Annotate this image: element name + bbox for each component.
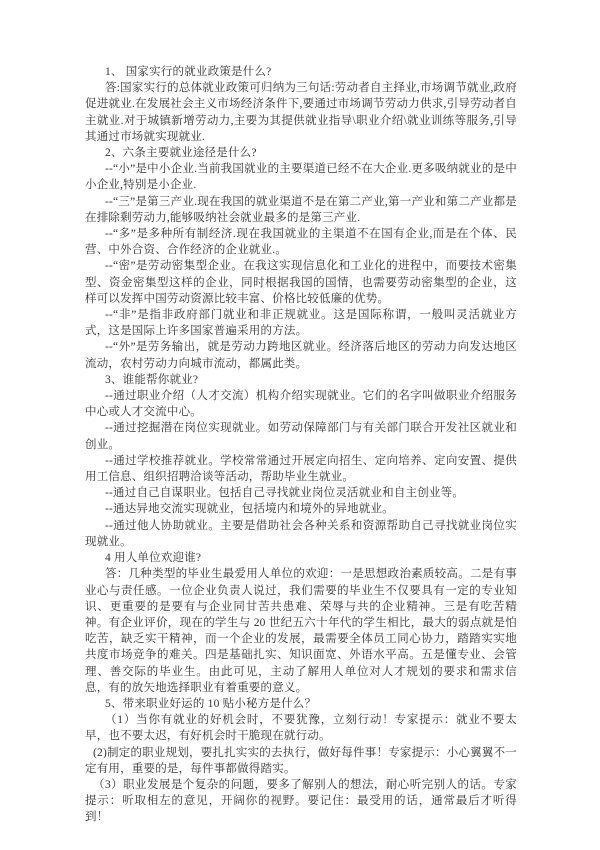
answer-2-item-duo: --“多”是多种所有制经济.现在我国就业的主渠道不在国有企业,而是在个体、民营、… — [85, 226, 517, 258]
answer-2-item-xiao: --“小”是中小企业.当前我国就业的主要渠道已经不在大企业.更多吸纳就业的是中小… — [85, 161, 517, 193]
answer-3-item-6: --通过他人协助就业。主要是借助社会各种关系和资源帮助自己寻找就业岗位实现就业。 — [85, 518, 517, 550]
question-1: 1、 国家实行的就业政策是什么? — [85, 64, 517, 80]
answer-2-item-mi: --“密”是劳动密集型企业。在我这实现信息化和工业化的进程中，而要技术密集型、资… — [85, 258, 517, 307]
answer-3-item-5: --通达异地交流实现就业，包括境内和境外的异地就业。 — [85, 501, 517, 517]
document-body: 1、 国家实行的就业政策是什么? 答:国家实行的总体就业政策可归纳为三句话:劳动… — [85, 64, 517, 826]
answer-3-item-2: --通过挖掘潜在岗位实现就业。如劳动保障部门与有关部门联合开发社区就业和创业。 — [85, 420, 517, 452]
answer-3-item-1: --通过职业介绍（人才交流）机构介绍实现就业。它们的名字叫做职业介绍服务中心或人… — [85, 388, 517, 420]
document-page: 1、 国家实行的就业政策是什么? 答:国家实行的总体就业政策可归纳为三句话:劳动… — [0, 0, 600, 850]
answer-5-tip-2: (2)制定的职业规划，要扎扎实实的去执行，做好每件事！专家提示：小心翼翼不一定有… — [85, 745, 517, 777]
question-3: 3、谁能帮你就业? — [85, 372, 517, 388]
answer-1: 答:国家实行的总体就业政策可归纳为三句话:劳动者自主择业,市场调节就业,政府促进… — [85, 80, 517, 145]
answer-4: 答：几种类型的毕业生最爱用人单位的欢迎：一是思想政治素质较高。二是有事业心与责任… — [85, 566, 517, 696]
question-4: 4 用人单位欢迎谁? — [85, 550, 517, 566]
question-5: 5、带来职业好运的 10 贴小秘方是什么？ — [85, 696, 517, 712]
question-2: 2、六条主要就业途径是什么? — [85, 145, 517, 161]
answer-5-tip-3: （3）职业发展是个复杂的问题，要多了解别人的想法，耐心听完别人的话。专家提示：听… — [85, 777, 517, 826]
answer-2-item-fei: --“非”是指非政府部门就业和非正规就业。这是国际称谓，一般叫灵活就业方式，这是… — [85, 307, 517, 339]
answer-2-item-san: --“三”是第三产业.现在我国的就业渠道不是在第二产业,第一产业和第二产业都是在… — [85, 194, 517, 226]
answer-2-item-wai: --“外”是劳务输出，就是劳动力跨地区就业。经济落后地区的劳动力向发达地区流动，… — [85, 339, 517, 371]
answer-5-tip-1: （1）当你有就业的好机会时，不要犹豫，立刻行动！专家提示：就业不要太早，也不要太… — [85, 712, 517, 744]
answer-3-item-4: --通过自己自谋职业。包括自己寻找就业岗位灵活就业和自主创业等。 — [85, 485, 517, 501]
answer-3-item-3: --通过学校推荐就业。学校常常通过开展定向招生、定向培养、定向安置、提供用工信息… — [85, 453, 517, 485]
